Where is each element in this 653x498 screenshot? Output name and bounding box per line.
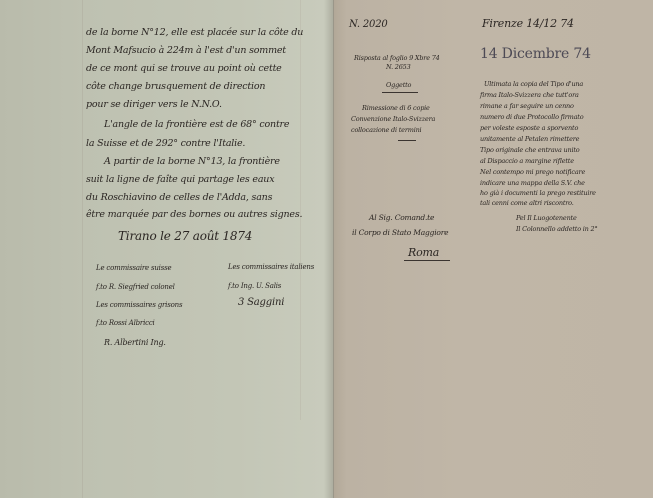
body-line-8: al Dispaccio a margine riflette <box>480 158 574 165</box>
body-line-11: ho già i documenti la prego restituire <box>480 190 596 197</box>
left-line-6: L'angle de la frontière est de 68° contr… <box>104 120 289 130</box>
subject-line-1: Rimessione di 6 copie <box>362 105 430 112</box>
protocol-number: N. 2020 <box>349 20 388 30</box>
sig-left-5: R. Albertini Ing. <box>104 339 166 347</box>
body-line-10: indicare una mappa della S.V. che <box>480 180 585 187</box>
reply-ref-line1: Risposta al foglio 9 Xbre 74 <box>354 55 440 62</box>
body-line-4: numero di due Protocollo firmato <box>480 114 583 121</box>
left-line-9: suit la ligne de faîte qui partage les e… <box>86 175 274 185</box>
left-place-date: Tirano le 27 août 1874 <box>118 230 252 242</box>
left-line-1: de la borne N°12, elle est placée sur la… <box>86 28 303 38</box>
right-place-date: Firenze 14/12 74 <box>482 18 574 29</box>
left-line-5: pour se diriger vers le N.N.O. <box>86 100 222 110</box>
left-line-4: côte change brusquement de direction <box>86 82 265 92</box>
sig-right-1: Les commissaires italiens <box>228 264 314 271</box>
body-line-12: tali cenni come altri riscontro. <box>480 200 574 207</box>
sig-right-3: 3 Saggini <box>238 298 284 308</box>
left-page: de la borne N°12, elle est placée sur la… <box>0 0 334 498</box>
body-line-7: Tipo originale che entrava unito <box>480 147 580 154</box>
subject-line-2: Convenzione Italo-Svizzera <box>351 116 435 123</box>
document-spread: de la borne N°12, elle est placée sur la… <box>0 0 653 498</box>
sig-left-1: Le commissaire suisse <box>96 265 171 272</box>
left-line-3: de ce mont qui se trouve au point où cet… <box>86 64 282 74</box>
left-line-2: Mont Mafsucio à 224m à l'est d'un sommet <box>86 46 286 56</box>
body-line-1: Ultimata la copia del Tipo d'una <box>484 81 583 88</box>
city-underline <box>404 260 450 261</box>
sig-left-4: f.to Rossi Albricci <box>96 320 155 327</box>
body-line-2: firma Italo-Svizzera che tutt'ora <box>480 92 579 99</box>
subject-label: Oggetto <box>386 82 411 89</box>
sig-left-2: f.to R. Siegfried colonel <box>96 284 175 291</box>
addressee-line-2: il Corpo di Stato Maggiore <box>352 229 448 237</box>
subject-end-rule <box>398 140 416 141</box>
body-line-3: rimane a far seguire un cenno <box>480 103 574 110</box>
left-line-7: la Suisse et de 292° contre l'Italie. <box>86 139 245 149</box>
sig-right-2: f.to Ing. U. Salis <box>228 283 281 290</box>
left-line-10: du Roschiavino de celles de l'Adda, sans <box>86 193 272 203</box>
date-pencil: 14 Dicembre 74 <box>480 47 591 61</box>
closing-line-1: Pel Il Luogotenente <box>516 215 577 222</box>
sig-left-3: Les commissaires grisons <box>96 302 182 309</box>
margin-rule <box>82 0 83 498</box>
subject-underline <box>382 92 418 93</box>
addressee-line-1: Al Sig. Comand.te <box>369 214 434 222</box>
left-line-8: A partir de la borne N°13, la frontière <box>104 157 280 167</box>
right-page: N. 2020 Firenze 14/12 74 Risposta al fog… <box>334 0 653 498</box>
closing-line-2: Il Colonnello addetto in 2° <box>516 226 598 233</box>
reply-ref-line2: N. 2653 <box>386 64 411 71</box>
addressee-city: Roma <box>408 247 439 258</box>
body-line-6: unitamente al Petalen rimettere <box>480 136 579 143</box>
body-line-5: per voleste esposte a sporvento <box>480 125 578 132</box>
subject-line-3: collocazione di termini <box>351 127 421 134</box>
body-line-9: Nel contempo mi prego notificare <box>480 169 585 176</box>
left-line-11: être marquée par des bornes ou autres si… <box>86 210 302 220</box>
